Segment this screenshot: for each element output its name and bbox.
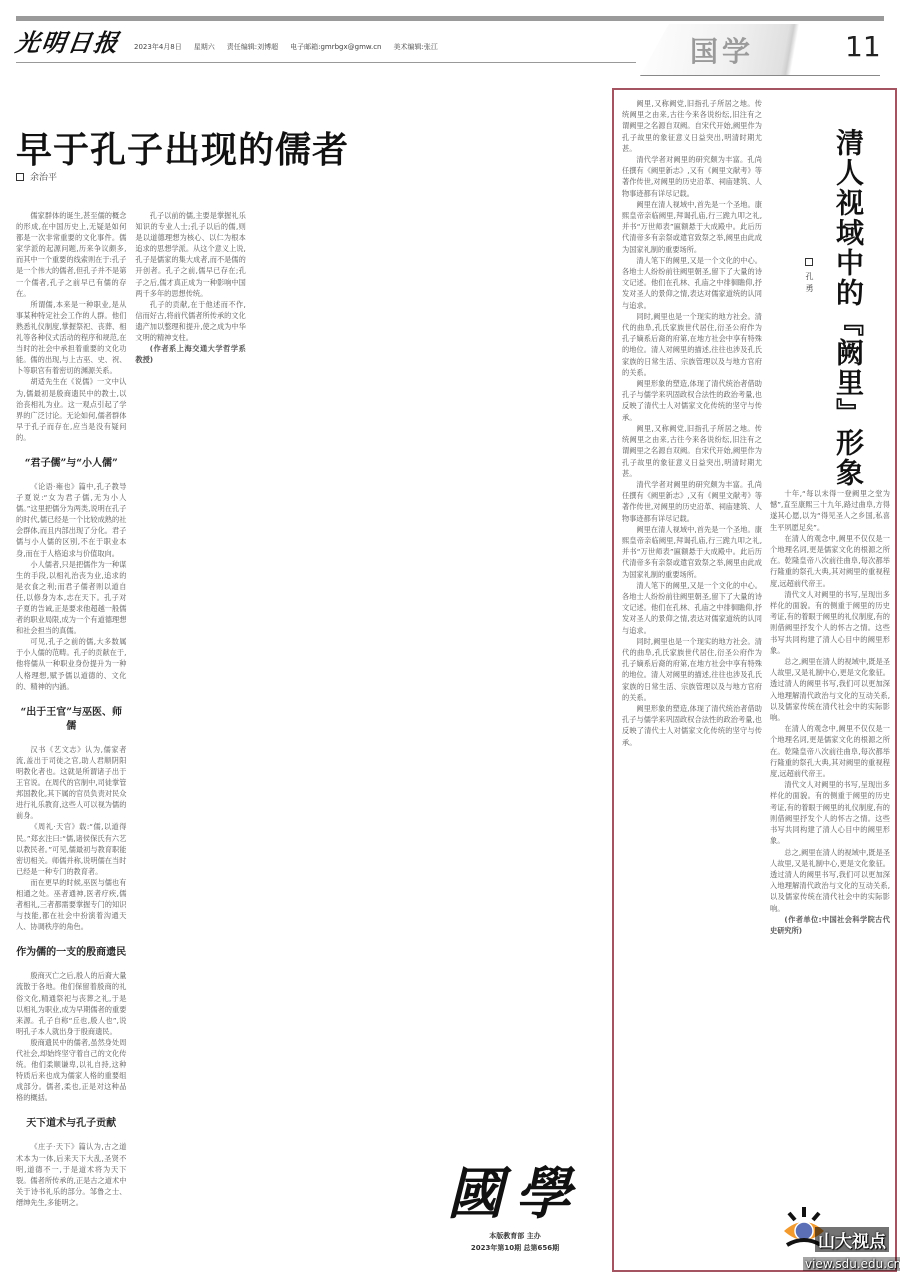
paragraph: 胡适先生在《说儒》一文中认为,儒最初是殷商遗民中的教士,以治丧相礼为业。这一观点… (16, 376, 126, 443)
editor: 责任编辑:刘博超 (227, 42, 278, 52)
issue-date: 2023年4月8日 (134, 42, 182, 52)
article-section: “君子儒”与“小人儒” 《论语·雍也》篇中,孔子教导子夏说:“女为君子儒,无为小… (16, 457, 126, 692)
paragraph: 孔子以前的儒,主要是掌握礼乐知识的专业人士;孔子以后的儒,则是以道德理想为核心、… (135, 210, 245, 299)
paragraph: 清代学者对阙里的研究颇为丰富。孔尚任撰有《阙里新志》,又有《阙里文献考》等著作传… (622, 479, 762, 524)
side-article-right-column: 清人视域中的『阙里』形象 孔勇 十年,“每以未得一登阙里之堂为憾”,直至康熙三十… (770, 98, 890, 1264)
section-tab-shape (640, 24, 880, 76)
paragraph: 清代文人对阙里的书写,呈现出多样化的面貌。有的侧重于阙里的历史考证,有的着眼于阙… (770, 589, 890, 656)
paragraph: 同时,阙里也是一个现实的地方社会。清代的曲阜,孔氏家族世代居住,衍圣公府作为孔子… (622, 636, 762, 703)
paragraph: 阙里,又称阙党,旧指孔子所居之地。传统阙里之由来,古往今来各说纷纭,旧注有之谓阙… (622, 98, 762, 154)
section-name: 国学 (690, 30, 754, 70)
editor-email[interactable]: 电子邮箱:gmrbgx@gmw.cn (290, 42, 381, 52)
paragraph: 阙里形象的塑造,体现了清代统治者借助孔子与儒学来巩固政权合法性的政治考量,也反映… (622, 378, 762, 423)
paragraph: 阙里,又称阙党,旧指孔子所居之地。传统阙里之由来,古往今来各说纷纭,旧注有之谓阙… (622, 423, 762, 479)
paragraph: 而在更早的时候,巫医与儒也有相通之处。巫者通神,医者疗疾,儒者相礼,三者都需要掌… (16, 877, 126, 932)
byline-box-icon (16, 173, 24, 181)
paragraph: 同时,阙里也是一个现实的地方社会。清代的曲阜,孔氏家族世代居住,衍圣公府作为孔子… (622, 311, 762, 378)
main-article-byline: 余治平 (16, 170, 57, 183)
paragraph: 《周礼·天官》载:“儒,以道得民。”郑玄注曰:“儒,诸侯保氏有六艺以教民者。”可… (16, 821, 126, 876)
paragraph: 总之,阙里在清人的视域中,既是圣人故里,又是礼制中心,更是文化象征。透过清人的阙… (770, 656, 890, 723)
paragraph: 总之,阙里在清人的视域中,既是圣人故里,又是礼制中心,更是文化象征。透过清人的阙… (770, 847, 890, 914)
newspaper-logo: 光明日报 (14, 23, 123, 58)
weekday: 星期六 (194, 42, 215, 52)
paragraph: 十年,“每以未得一登阙里之堂为憾”,直至康熙三十九年,路过曲阜,方得遂其心愿,以… (770, 488, 890, 533)
main-article-title: 早于孔子出现的儒者 (16, 122, 349, 173)
paragraph: 清代学者对阙里的研究颇为丰富。孔尚任撰有《阙里新志》,又有《阙里文献考》等著作传… (622, 154, 762, 199)
section-band (660, 16, 884, 21)
paragraph: 清人笔下的阙里,又是一个文化的中心。各地士人纷纷前往阙里朝圣,留下了大量的诗文记… (622, 580, 762, 636)
paragraph: 小人儒者,只是把儒作为一种谋生的手段,以相礼治丧为业,追求的是衣食之利;而君子儒… (16, 559, 126, 637)
paragraph: 在清人的观念中,阙里不仅仅是一个地理名词,更是儒家文化的根源之所在。乾隆皇帝八次… (770, 533, 890, 589)
author-note: (作者单位:中国社会科学院古代史研究所) (770, 914, 890, 936)
subheading: 天下道术与孔子贡献 (16, 1117, 126, 1131)
paragraph: 所谓儒,本来是一种职业,是从事某种特定社会工作的人群。他们熟悉礼仪制度,掌握祭祀… (16, 299, 126, 377)
main-article-body: 儒家群体的诞生,甚至儒的概念的形成,在中国历史上,无疑是如何都是一次非常重要的文… (16, 210, 604, 1220)
masthead: 光明日报 2023年4月8日 星期六 责任编辑:刘博超 电子邮箱:gmrbgx@… (16, 28, 438, 58)
paragraph: 可见,孔子之前的儒,大多数属于小人儒的范畴。孔子的贡献在于,他将儒从一种职业身份… (16, 636, 126, 691)
header-meta: 2023年4月8日 星期六 责任编辑:刘博超 电子邮箱:gmrbgx@gmw.c… (134, 42, 438, 58)
paragraph: 阙里形象的塑造,体现了清代统治者借助孔子与儒学来巩固政权合法性的政治考量,也反映… (622, 703, 762, 748)
subheading: 作为儒的一支的殷商遗民 (16, 946, 126, 960)
art-editor: 美术编辑:张江 (393, 42, 437, 52)
watermark-name: 山大视点 (815, 1227, 889, 1252)
author-name: 余治平 (30, 173, 57, 183)
paragraph: 《论语·雍也》篇中,孔子教导子夏说:“女为君子儒,无为小人儒。”这里把儒分为两类… (16, 481, 126, 559)
header-band (16, 16, 676, 21)
subheading: “君子儒”与“小人儒” (16, 457, 126, 471)
side-article-title: 清人视域中的『阙里』形象 (828, 128, 868, 488)
paragraph: 孔子的贡献,在于他述而不作,信而好古,将前代儒者所传承的文化遗产加以整理和提升,… (135, 299, 245, 343)
watermark-url: view.sdu.edu.cn (803, 1257, 900, 1271)
guoxue-sponsor: 本版教育部 主办 (420, 1230, 610, 1242)
paragraph: 在清人的观念中,阙里不仅仅是一个地理名词,更是儒家文化的根源之所在。乾隆皇帝八次… (770, 723, 890, 779)
article-section: 作为儒的一支的殷商遗民 殷商灭亡之后,殷人的后裔大量流散于各地。他们保留着殷商的… (16, 946, 126, 1103)
byline-box-icon (805, 258, 813, 266)
paragraph: 阙里在清人视域中,首先是一个圣地。康熙皇帝亲临阙里,拜谒孔庙,行三跪九叩之礼,并… (622, 199, 762, 255)
guoxue-issue: 2023年第10期 总第656期 (420, 1242, 610, 1254)
paragraph: 汉书《艺文志》认为,儒家者流,盖出于司徒之官,助人君顺阴阳明教化者也。这就是所谓… (16, 744, 126, 822)
article-section: “出于王官”与巫医、师儒 汉书《艺文志》认为,儒家者流,盖出于司徒之官,助人君顺… (16, 706, 126, 933)
paragraph: 殷商灭亡之后,殷人的后裔大量流散于各地。他们保留着殷商的礼俗文化,精通祭祀与丧葬… (16, 970, 126, 1037)
author-name: 孔勇 (805, 272, 814, 296)
author-note: (作者系上海交通大学哲学系教授) (135, 343, 245, 365)
watermark: 山大视点 view.sdu.edu.cn (775, 1205, 900, 1278)
guoxue-title: 國學 (420, 1150, 610, 1230)
guoxue-masthead: 國學 本版教育部 主办 2023年第10期 总第656期 (420, 1150, 610, 1254)
paragraph: 《庄子·天下》篇认为,古之道术本为一体,后来天下大乱,圣贤不明,道德不一,于是道… (16, 1141, 126, 1208)
side-article-right-text: 十年,“每以未得一登阙里之堂为憾”,直至康熙三十九年,路过曲阜,方得遂其心愿,以… (770, 488, 890, 1268)
side-article-left-column: 阙里,又称阙党,旧指孔子所居之地。传统阙里之由来,古往今来各说纷纭,旧注有之谓阙… (622, 98, 762, 1264)
paragraph: 清人笔下的阙里,又是一个文化的中心。各地士人纷纷前往阙里朝圣,留下了大量的诗文记… (622, 255, 762, 311)
paragraph: 清代文人对阙里的书写,呈现出多样化的面貌。有的侧重于阙里的历史考证,有的着眼于阙… (770, 779, 890, 846)
header-divider (16, 62, 636, 63)
paragraph: 儒家群体的诞生,甚至儒的概念的形成,在中国历史上,无疑是如何都是一次非常重要的文… (16, 210, 126, 299)
article-section: 儒家群体的诞生,甚至儒的概念的形成,在中国历史上,无疑是如何都是一次非常重要的文… (16, 210, 126, 443)
side-article-byline: 孔勇 (804, 258, 815, 296)
section-tab: 国学 11 (640, 16, 884, 76)
paragraph: 殷商遗民中的儒者,虽然身处周代社会,却始终坚守着自己的文化传统。他们柔顺谦卑,以… (16, 1037, 126, 1104)
paragraph: 阙里在清人视域中,首先是一个圣地。康熙皇帝亲临阙里,拜谒孔庙,行三跪九叩之礼,并… (622, 524, 762, 580)
subheading: “出于王官”与巫医、师儒 (16, 706, 126, 734)
page-number: 11 (845, 30, 881, 63)
side-article-frame: 阙里,又称阙党,旧指孔子所居之地。传统阙里之由来,古往今来各说纷纭,旧注有之谓阙… (612, 88, 897, 1272)
